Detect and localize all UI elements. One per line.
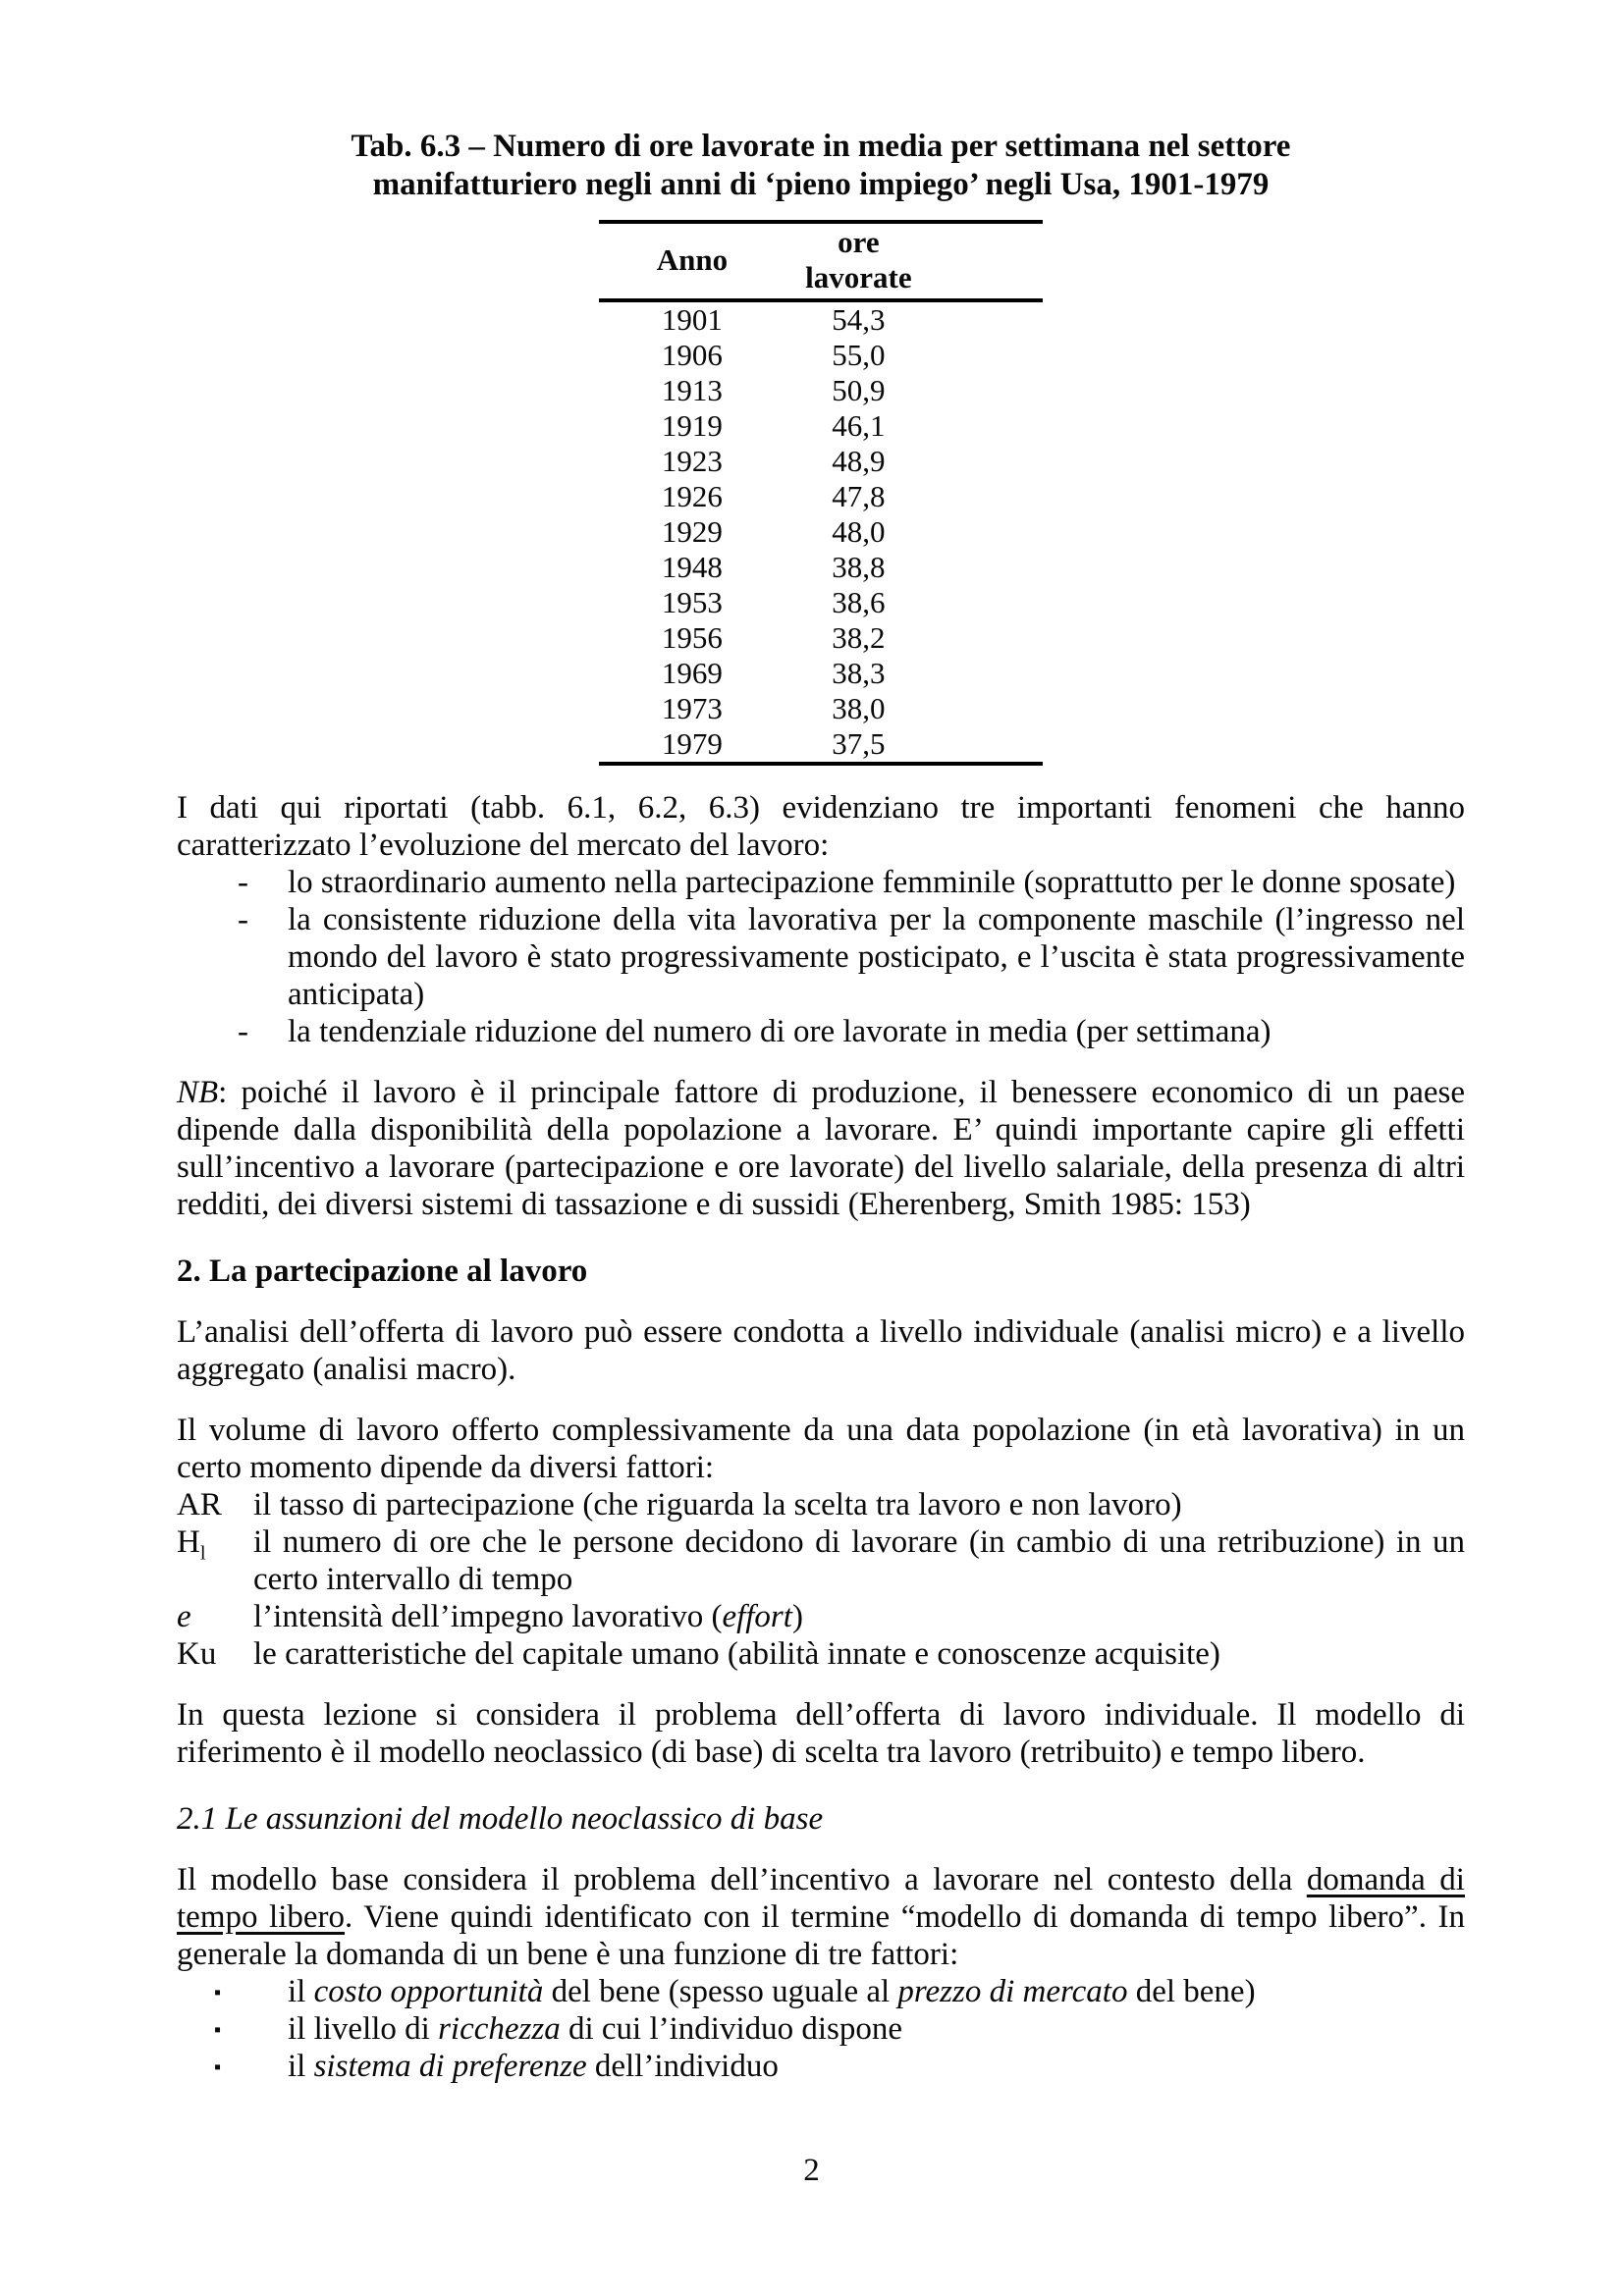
cell-ore: 38,3	[785, 656, 932, 691]
text-run: il tasso di partecipazione (che riguarda…	[253, 1487, 1182, 1522]
table-title: Tab. 6.3 – Numero di ore lavorate in med…	[177, 128, 1465, 204]
text-run: la consistente riduzione della vita lavo…	[288, 902, 1465, 1012]
page-content: Tab. 6.3 – Numero di ore lavorate in med…	[177, 128, 1465, 2085]
cell-ore: 55,0	[785, 338, 932, 373]
cell-anno: 1923	[599, 444, 785, 479]
cell-ore: 50,9	[785, 373, 932, 408]
table-row: 194838,8	[599, 550, 1043, 585]
text-run: NB	[177, 1075, 218, 1110]
section-heading: 2. La partecipazione al lavoro	[177, 1253, 1465, 1290]
term-row: ARil tasso di partecipazione (che riguar…	[177, 1486, 1465, 1523]
table-row: 191350,9	[599, 373, 1043, 408]
text-run: il numero di ore che le persone decidono…	[253, 1524, 1465, 1597]
table-row: 192348,9	[599, 444, 1043, 479]
paragraph: I dati qui riportati (tabb. 6.1, 6.2, 6.…	[177, 789, 1465, 864]
cell-spacer	[932, 691, 1043, 726]
text-run: l	[200, 1543, 206, 1565]
text-run: H	[177, 1524, 200, 1560]
text-run: ricchezza	[438, 2011, 561, 2047]
text-run: la tendenziale riduzione del numero di o…	[288, 1014, 1271, 1049]
cell-spacer	[932, 479, 1043, 514]
cell-ore: 38,6	[785, 585, 932, 620]
cell-anno: 1956	[599, 620, 785, 656]
dash-bullet-icon: -	[238, 1013, 248, 1050]
text-run: 2.1 Le assunzioni del modello neoclassic…	[177, 1801, 823, 1837]
table-row: 191946,1	[599, 408, 1043, 444]
text-run: dell’individuo	[587, 2049, 779, 2084]
text-run: Il volume di lavoro offerto complessivam…	[177, 1413, 1465, 1485]
cell-spacer	[932, 726, 1043, 764]
text-run: L’analisi dell’offerta di lavoro può ess…	[177, 1314, 1465, 1387]
subsection-heading: 2.1 Le assunzioni del modello neoclassic…	[177, 1800, 1465, 1838]
text-run: il	[288, 2049, 314, 2084]
table-row: 190655,0	[599, 338, 1043, 373]
table-header-row: Anno ore lavorate	[599, 222, 1043, 300]
term-definition: il tasso di partecipazione (che riguarda…	[253, 1486, 1465, 1523]
text-run: effort	[722, 1599, 792, 1634]
table-row: 196938,3	[599, 656, 1043, 691]
cell-ore: 37,5	[785, 726, 932, 764]
cell-spacer	[932, 620, 1043, 656]
text-run: l’intensità dell’impegno lavorativo (	[253, 1599, 722, 1634]
table-row: 190154,3	[599, 300, 1043, 338]
text-run: le caratteristiche del capitale umano (a…	[253, 1636, 1220, 1672]
paragraph: NB: poiché il lavoro è il principale fat…	[177, 1074, 1465, 1223]
paragraph: In questa lezione si considera il proble…	[177, 1696, 1465, 1771]
text-run: costo opportunità	[314, 1974, 544, 2009]
square-bullet-icon: ▪	[214, 2049, 221, 2086]
document-body: I dati qui riportati (tabb. 6.1, 6.2, 6.…	[177, 789, 1465, 2085]
text-run: e	[177, 1599, 191, 1634]
table-title-line2: manifatturiero negli anni di ‘pieno impi…	[177, 166, 1465, 204]
term-definition: le caratteristiche del capitale umano (a…	[253, 1635, 1465, 1673]
text-run: prezzo di mercato	[897, 1974, 1127, 2009]
term-symbol: e	[177, 1598, 253, 1635]
factor-term-list: ARil tasso di partecipazione (che riguar…	[177, 1486, 1465, 1673]
cell-anno: 1929	[599, 514, 785, 550]
square-bullet-icon: ▪	[214, 2011, 221, 2049]
cell-anno: 1973	[599, 691, 785, 726]
list-item: ▪il costo opportunità del bene (spesso u…	[177, 1973, 1465, 2010]
cell-anno: 1913	[599, 373, 785, 408]
text-run: )	[792, 1599, 803, 1634]
cell-anno: 1953	[599, 585, 785, 620]
cell-spacer	[932, 338, 1043, 373]
cell-anno: 1901	[599, 300, 785, 338]
term-row: el’intensità dell’impegno lavorativo (ef…	[177, 1598, 1465, 1635]
table-header-anno: Anno	[599, 222, 785, 300]
term-definition: l’intensità dell’impegno lavorativo (eff…	[253, 1598, 1465, 1635]
text-run: del bene)	[1127, 1974, 1255, 2009]
square-bullet-icon: ▪	[214, 1974, 221, 2011]
term-symbol: AR	[177, 1486, 253, 1523]
cell-spacer	[932, 656, 1043, 691]
list-item: ▪il livello di ricchezza di cui l’indivi…	[177, 2010, 1465, 2048]
table-header-ore-lavorate: ore lavorate	[785, 222, 932, 300]
cell-ore: 48,0	[785, 514, 932, 550]
cell-anno: 1948	[599, 550, 785, 585]
document-page: Tab. 6.3 – Numero di ore lavorate in med…	[0, 0, 1623, 2296]
cell-anno: 1906	[599, 338, 785, 373]
term-row: Hlil numero di ore che le persone decido…	[177, 1523, 1465, 1598]
text-run: In questa lezione si considera il proble…	[177, 1697, 1465, 1770]
text-run: Il modello base considera il problema de…	[177, 1862, 1307, 1897]
term-symbol: Hl	[177, 1523, 253, 1598]
text-run: 2. La partecipazione al lavoro	[177, 1254, 587, 1289]
text-run: . Viene quindi identificato con il termi…	[177, 1899, 1465, 1972]
table-title-line1: Tab. 6.3 – Numero di ore lavorate in med…	[177, 128, 1465, 166]
text-run: Ku	[177, 1636, 216, 1672]
text-run: sistema di preferenze	[314, 2049, 587, 2084]
dash-list: -lo straordinario aumento nella partecip…	[177, 864, 1465, 1050]
text-run: : poiché il lavoro è il principale fatto…	[177, 1075, 1465, 1222]
cell-spacer	[932, 373, 1043, 408]
cell-anno: 1926	[599, 479, 785, 514]
cell-spacer	[932, 514, 1043, 550]
cell-ore: 48,9	[785, 444, 932, 479]
term-definition: il numero di ore che le persone decidono…	[253, 1523, 1465, 1598]
cell-ore: 38,8	[785, 550, 932, 585]
paragraph: Il modello base considera il problema de…	[177, 1861, 1465, 1973]
cell-ore: 47,8	[785, 479, 932, 514]
table-row: 195338,6	[599, 585, 1043, 620]
cell-spacer	[932, 300, 1043, 338]
text-run: lo straordinario aumento nella partecipa…	[288, 865, 1455, 900]
page-number: 2	[0, 2152, 1623, 2189]
text-run: AR	[177, 1487, 222, 1522]
list-item: -la consistente riduzione della vita lav…	[177, 901, 1465, 1013]
term-row: Kule caratteristiche del capitale umano …	[177, 1635, 1465, 1673]
text-run: il	[288, 1974, 314, 2009]
dash-bullet-icon: -	[238, 901, 248, 938]
hours-worked-table: Anno ore lavorate 190154,3190655,0191350…	[599, 220, 1043, 766]
dash-bullet-icon: -	[238, 864, 248, 901]
cell-spacer	[932, 408, 1043, 444]
list-item: -la tendenziale riduzione del numero di …	[177, 1013, 1465, 1050]
paragraph: Il volume di lavoro offerto complessivam…	[177, 1412, 1465, 1486]
cell-ore: 38,0	[785, 691, 932, 726]
list-item: ▪il sistema di preferenze dell’individuo	[177, 2048, 1465, 2085]
square-list: ▪il costo opportunità del bene (spesso u…	[177, 1973, 1465, 2085]
table-row: 195638,2	[599, 620, 1043, 656]
cell-ore: 38,2	[785, 620, 932, 656]
term-symbol: Ku	[177, 1635, 253, 1673]
table-row: 197937,5	[599, 726, 1043, 764]
cell-ore: 46,1	[785, 408, 932, 444]
table-row: 192647,8	[599, 479, 1043, 514]
cell-ore: 54,3	[785, 300, 932, 338]
cell-anno: 1969	[599, 656, 785, 691]
paragraph: L’analisi dell’offerta di lavoro può ess…	[177, 1313, 1465, 1388]
text-run: I dati qui riportati (tabb. 6.1, 6.2, 6.…	[177, 790, 1465, 863]
cell-spacer	[932, 585, 1043, 620]
cell-anno: 1979	[599, 726, 785, 764]
list-item: -lo straordinario aumento nella partecip…	[177, 864, 1465, 901]
text-run: di cui l’individuo dispone	[561, 2011, 902, 2047]
text-run: il livello di	[288, 2011, 438, 2047]
text-run: del bene (spesso uguale al	[543, 1974, 897, 2009]
cell-spacer	[932, 550, 1043, 585]
cell-anno: 1919	[599, 408, 785, 444]
table-row: 192948,0	[599, 514, 1043, 550]
cell-spacer	[932, 444, 1043, 479]
table-row: 197338,0	[599, 691, 1043, 726]
table-header-spacer	[932, 222, 1043, 300]
